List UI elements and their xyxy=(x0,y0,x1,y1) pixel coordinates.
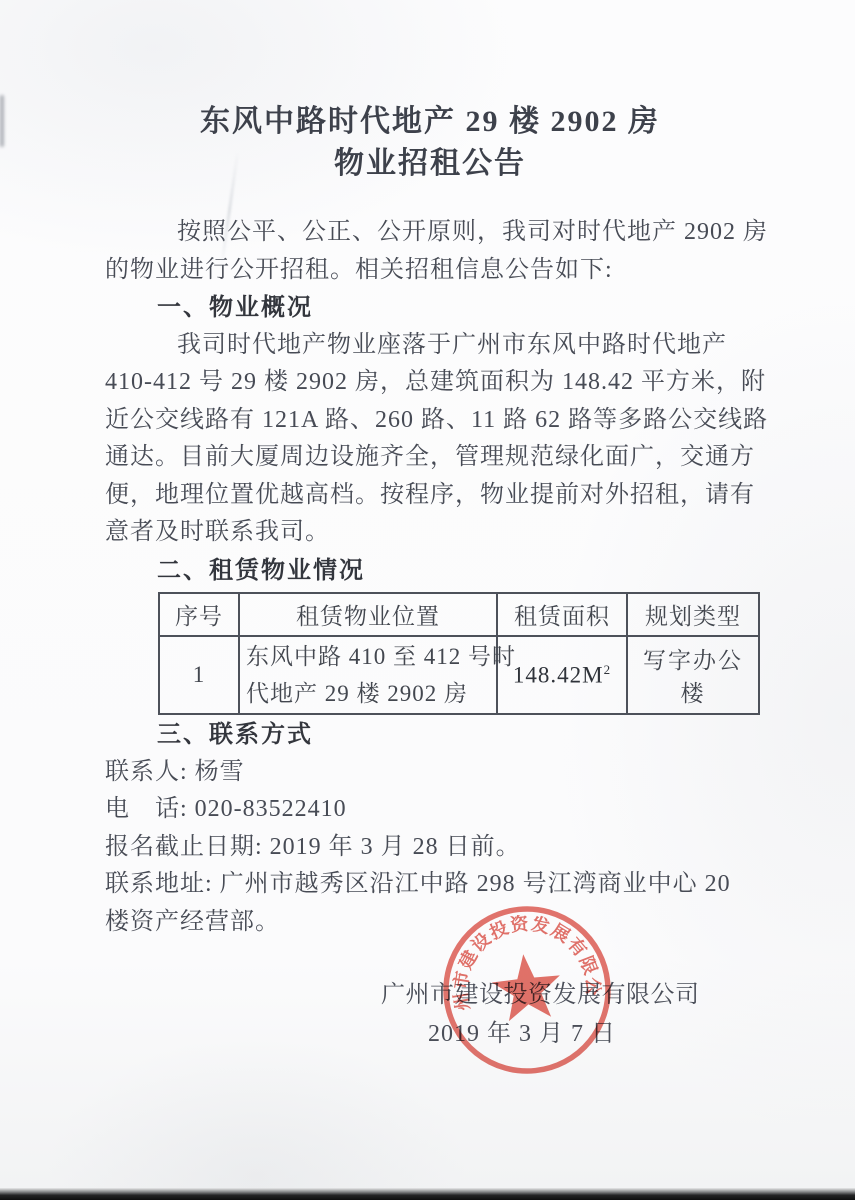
section3-heading: 三、联系方式 xyxy=(105,716,770,754)
section2-heading: 二、租赁物业情况 xyxy=(105,552,770,590)
header-area: 租赁面积 xyxy=(497,593,627,636)
section1-line: 通达。目前大厦周边设施齐全，管理规范绿化面广，交通方 xyxy=(105,439,770,477)
header-no: 序号 xyxy=(159,593,239,636)
contact-section: 三、联系方式 联系人: 杨雪 电 话: 020-83522410 报名截止日期:… xyxy=(105,716,770,941)
cell-area: 148.42M2 xyxy=(497,636,627,714)
cell-no: 1 xyxy=(159,636,239,714)
intro-line: 的物业进行公开招租。相关招租信息公告如下: xyxy=(105,252,770,290)
section1-line: 便，地理位置优越高档。按程序，物业提前对外招租，请有 xyxy=(105,477,770,515)
scan-edge-smudge xyxy=(0,95,4,147)
registration-deadline: 报名截止日期: 2019 年 3 月 28 日前。 xyxy=(105,829,770,867)
section1-line: 意者及时联系我司。 xyxy=(105,514,770,552)
intro-line: 按照公平、公正、公开原则，我司对时代地产 2902 房 xyxy=(105,214,770,252)
section1-line: 410-412 号 29 楼 2902 房，总建筑面积为 148.42 平方米，… xyxy=(105,364,770,402)
header-location: 租赁物业位置 xyxy=(239,593,497,636)
section1-line: 近公交线路有 121A 路、260 路、11 路 62 路等多路公交线路 xyxy=(105,402,770,440)
section1-heading: 一、物业概况 xyxy=(105,289,770,327)
section1-line: 我司时代地产物业座落于广州市东风中路时代地产 xyxy=(105,327,770,365)
document-body: 按照公平、公正、公开原则，我司对时代地产 2902 房 的物业进行公开招租。相关… xyxy=(105,214,770,589)
scanned-document-page: 东风中路时代地产 29 楼 2902 房 物业招租公告 按照公平、公正、公开原则… xyxy=(0,0,855,1200)
company-seal-stamp: 广州市建设投资发展有限公司 xyxy=(431,894,622,1085)
cell-type: 写字办公楼 xyxy=(627,636,759,714)
cell-location-line1: 东风中路 410 至 412 号时 xyxy=(246,638,490,675)
scan-bottom-edge xyxy=(0,1188,855,1200)
area-superscript: 2 xyxy=(604,662,612,677)
cell-location-line2: 代地产 29 楼 2902 房 xyxy=(246,675,490,712)
header-type: 规划类型 xyxy=(627,593,759,636)
area-value: 148.42M xyxy=(513,662,604,687)
contact-address-line1: 联系地址: 广州市越秀区沿江中路 298 号江湾商业中心 20 xyxy=(105,866,770,904)
document-title-line2: 物业招租公告 xyxy=(105,138,755,182)
contact-person: 联系人: 杨雪 xyxy=(105,754,770,792)
table-row: 1 东风中路 410 至 412 号时 代地产 29 楼 2902 房 148.… xyxy=(159,636,759,714)
rental-property-table: 序号 租赁物业位置 租赁面积 规划类型 1 东风中路 410 至 412 号时 … xyxy=(158,592,760,715)
table-header-row: 序号 租赁物业位置 租赁面积 规划类型 xyxy=(159,593,759,636)
seal-star-icon xyxy=(489,951,564,1023)
contact-phone: 电 话: 020-83522410 xyxy=(105,791,770,829)
document-title-line1: 东风中路时代地产 29 楼 2902 房 xyxy=(105,96,755,140)
cell-location: 东风中路 410 至 412 号时 代地产 29 楼 2902 房 xyxy=(239,636,497,714)
